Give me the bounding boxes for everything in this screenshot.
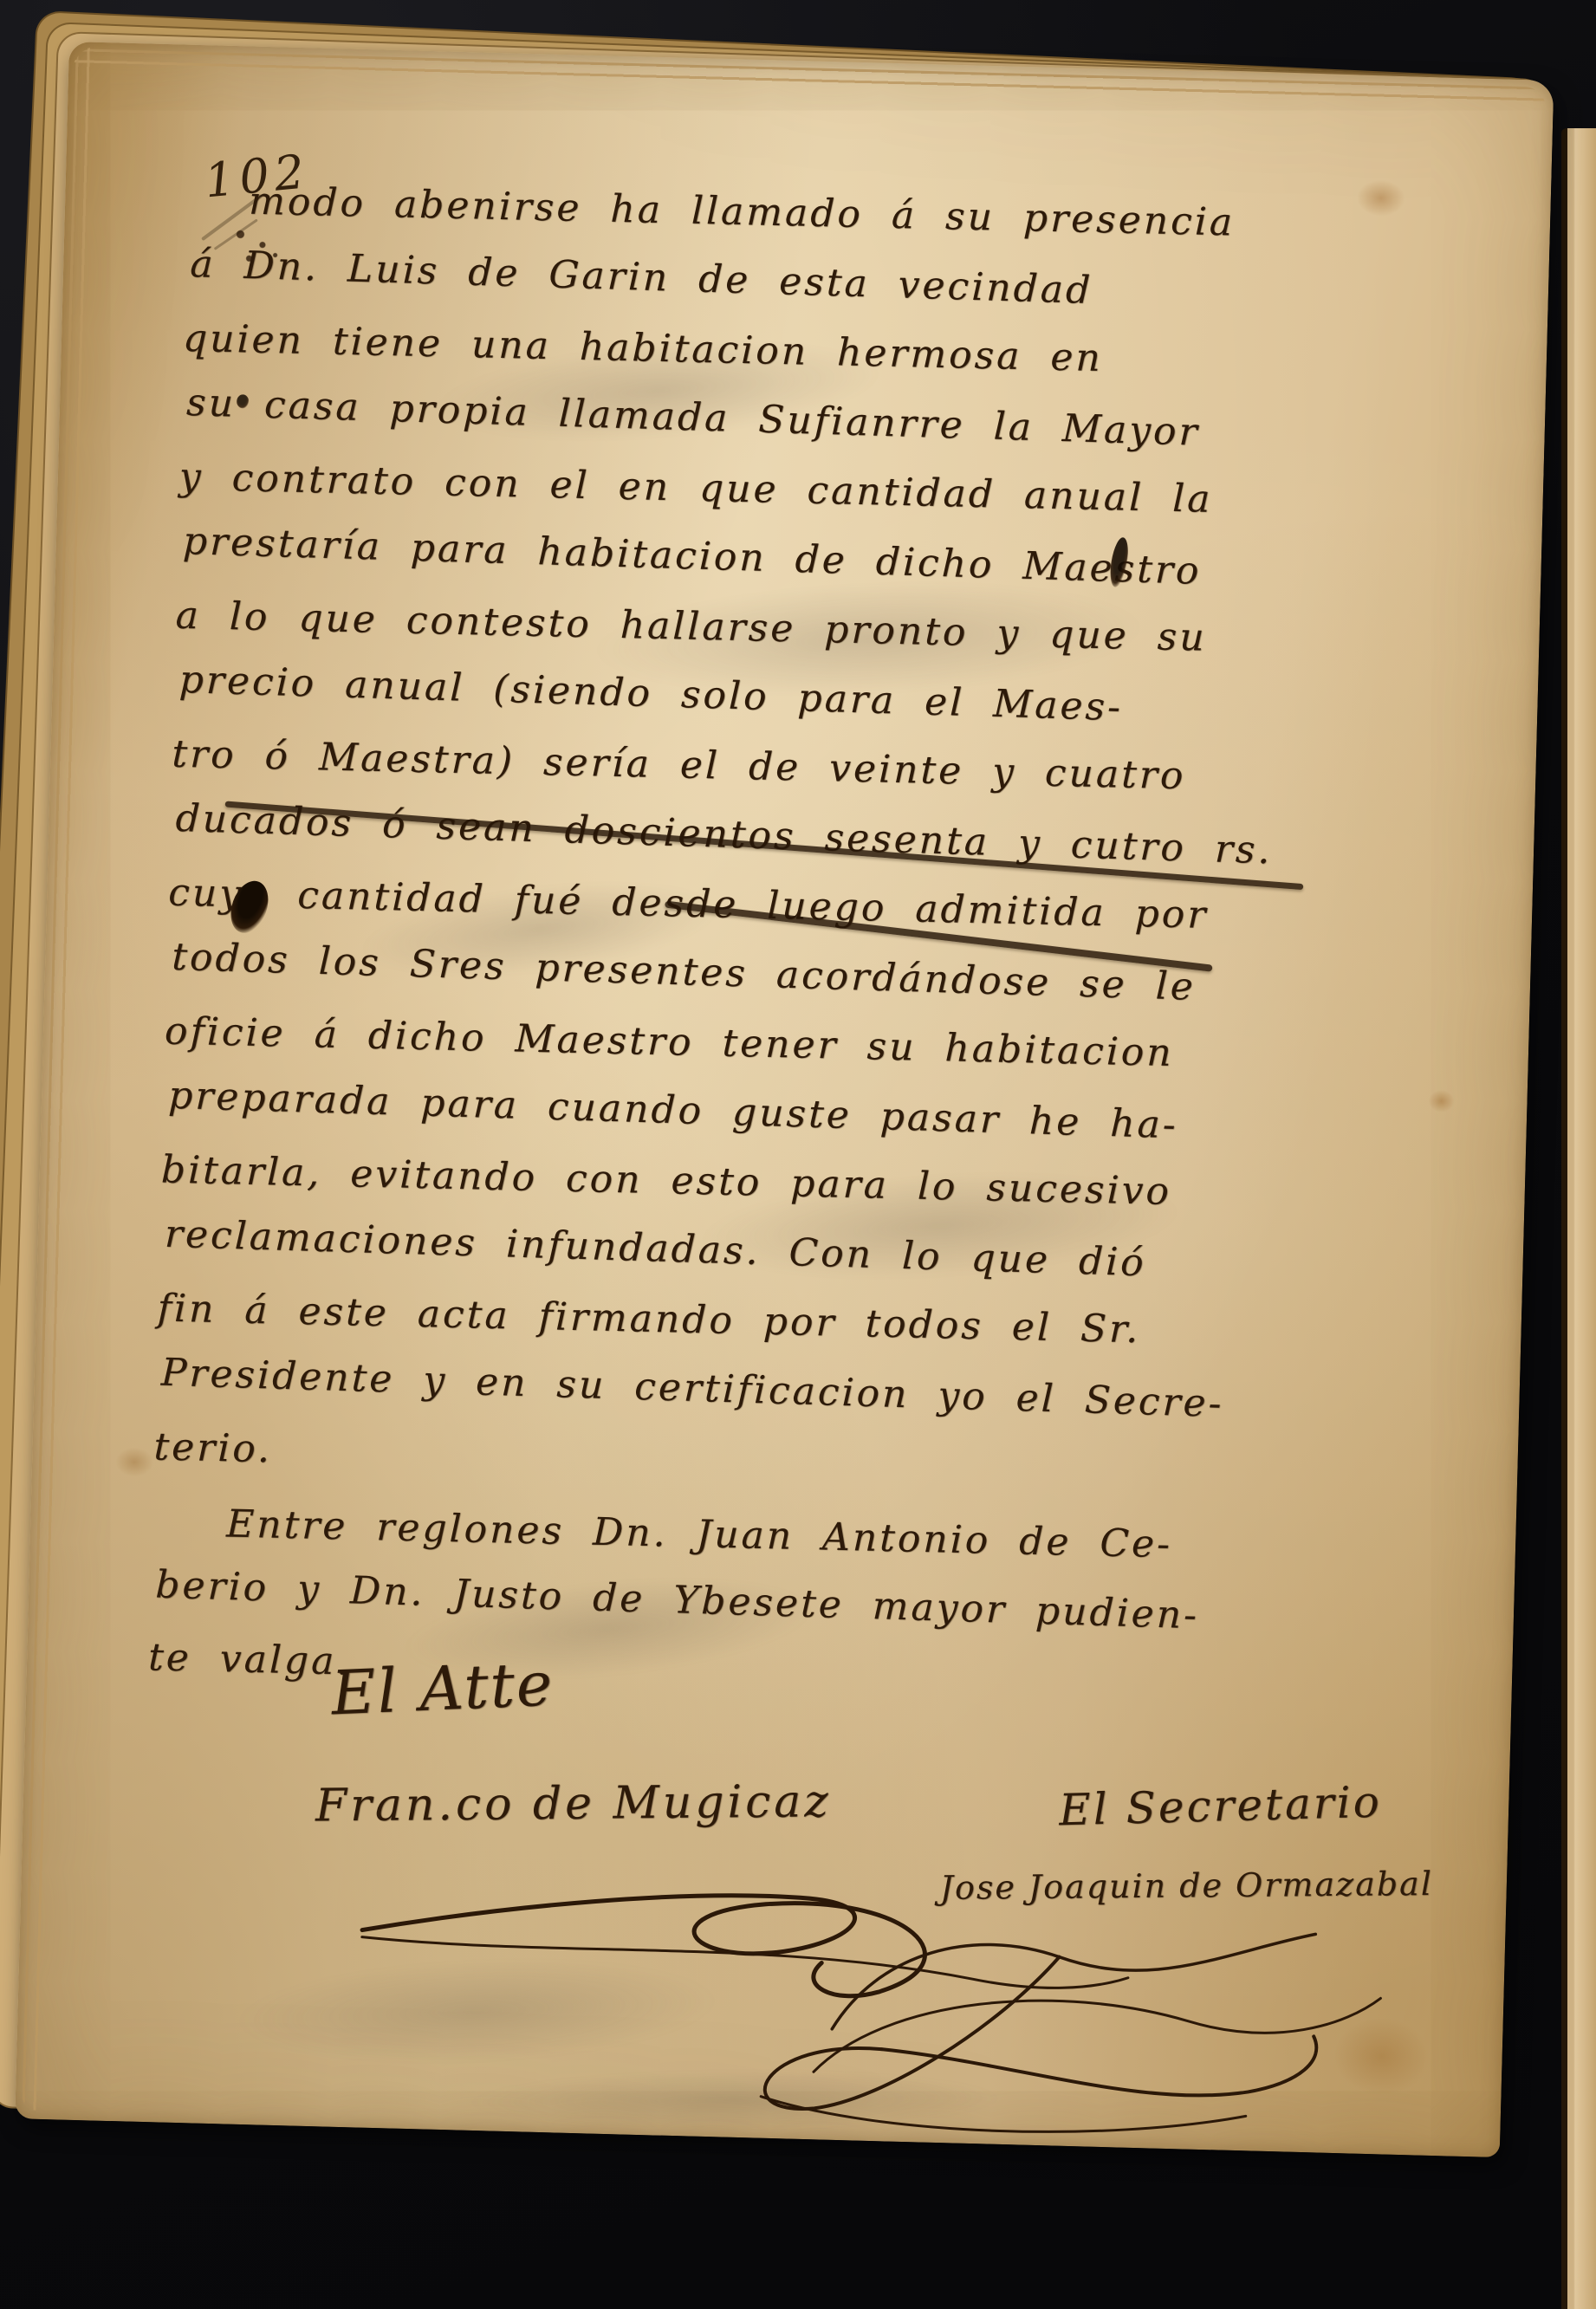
book-fore-edge	[1561, 128, 1596, 2309]
signature-flourish	[275, 1798, 1444, 2157]
closing-abbreviation: El Atte	[330, 1648, 555, 1729]
manuscript-page: 102 modo abenirse ha llamado á su presen…	[15, 42, 1554, 2157]
photograph-backdrop: 102 modo abenirse ha llamado á su presen…	[0, 0, 1596, 2309]
foxing-stain	[115, 1447, 154, 1477]
